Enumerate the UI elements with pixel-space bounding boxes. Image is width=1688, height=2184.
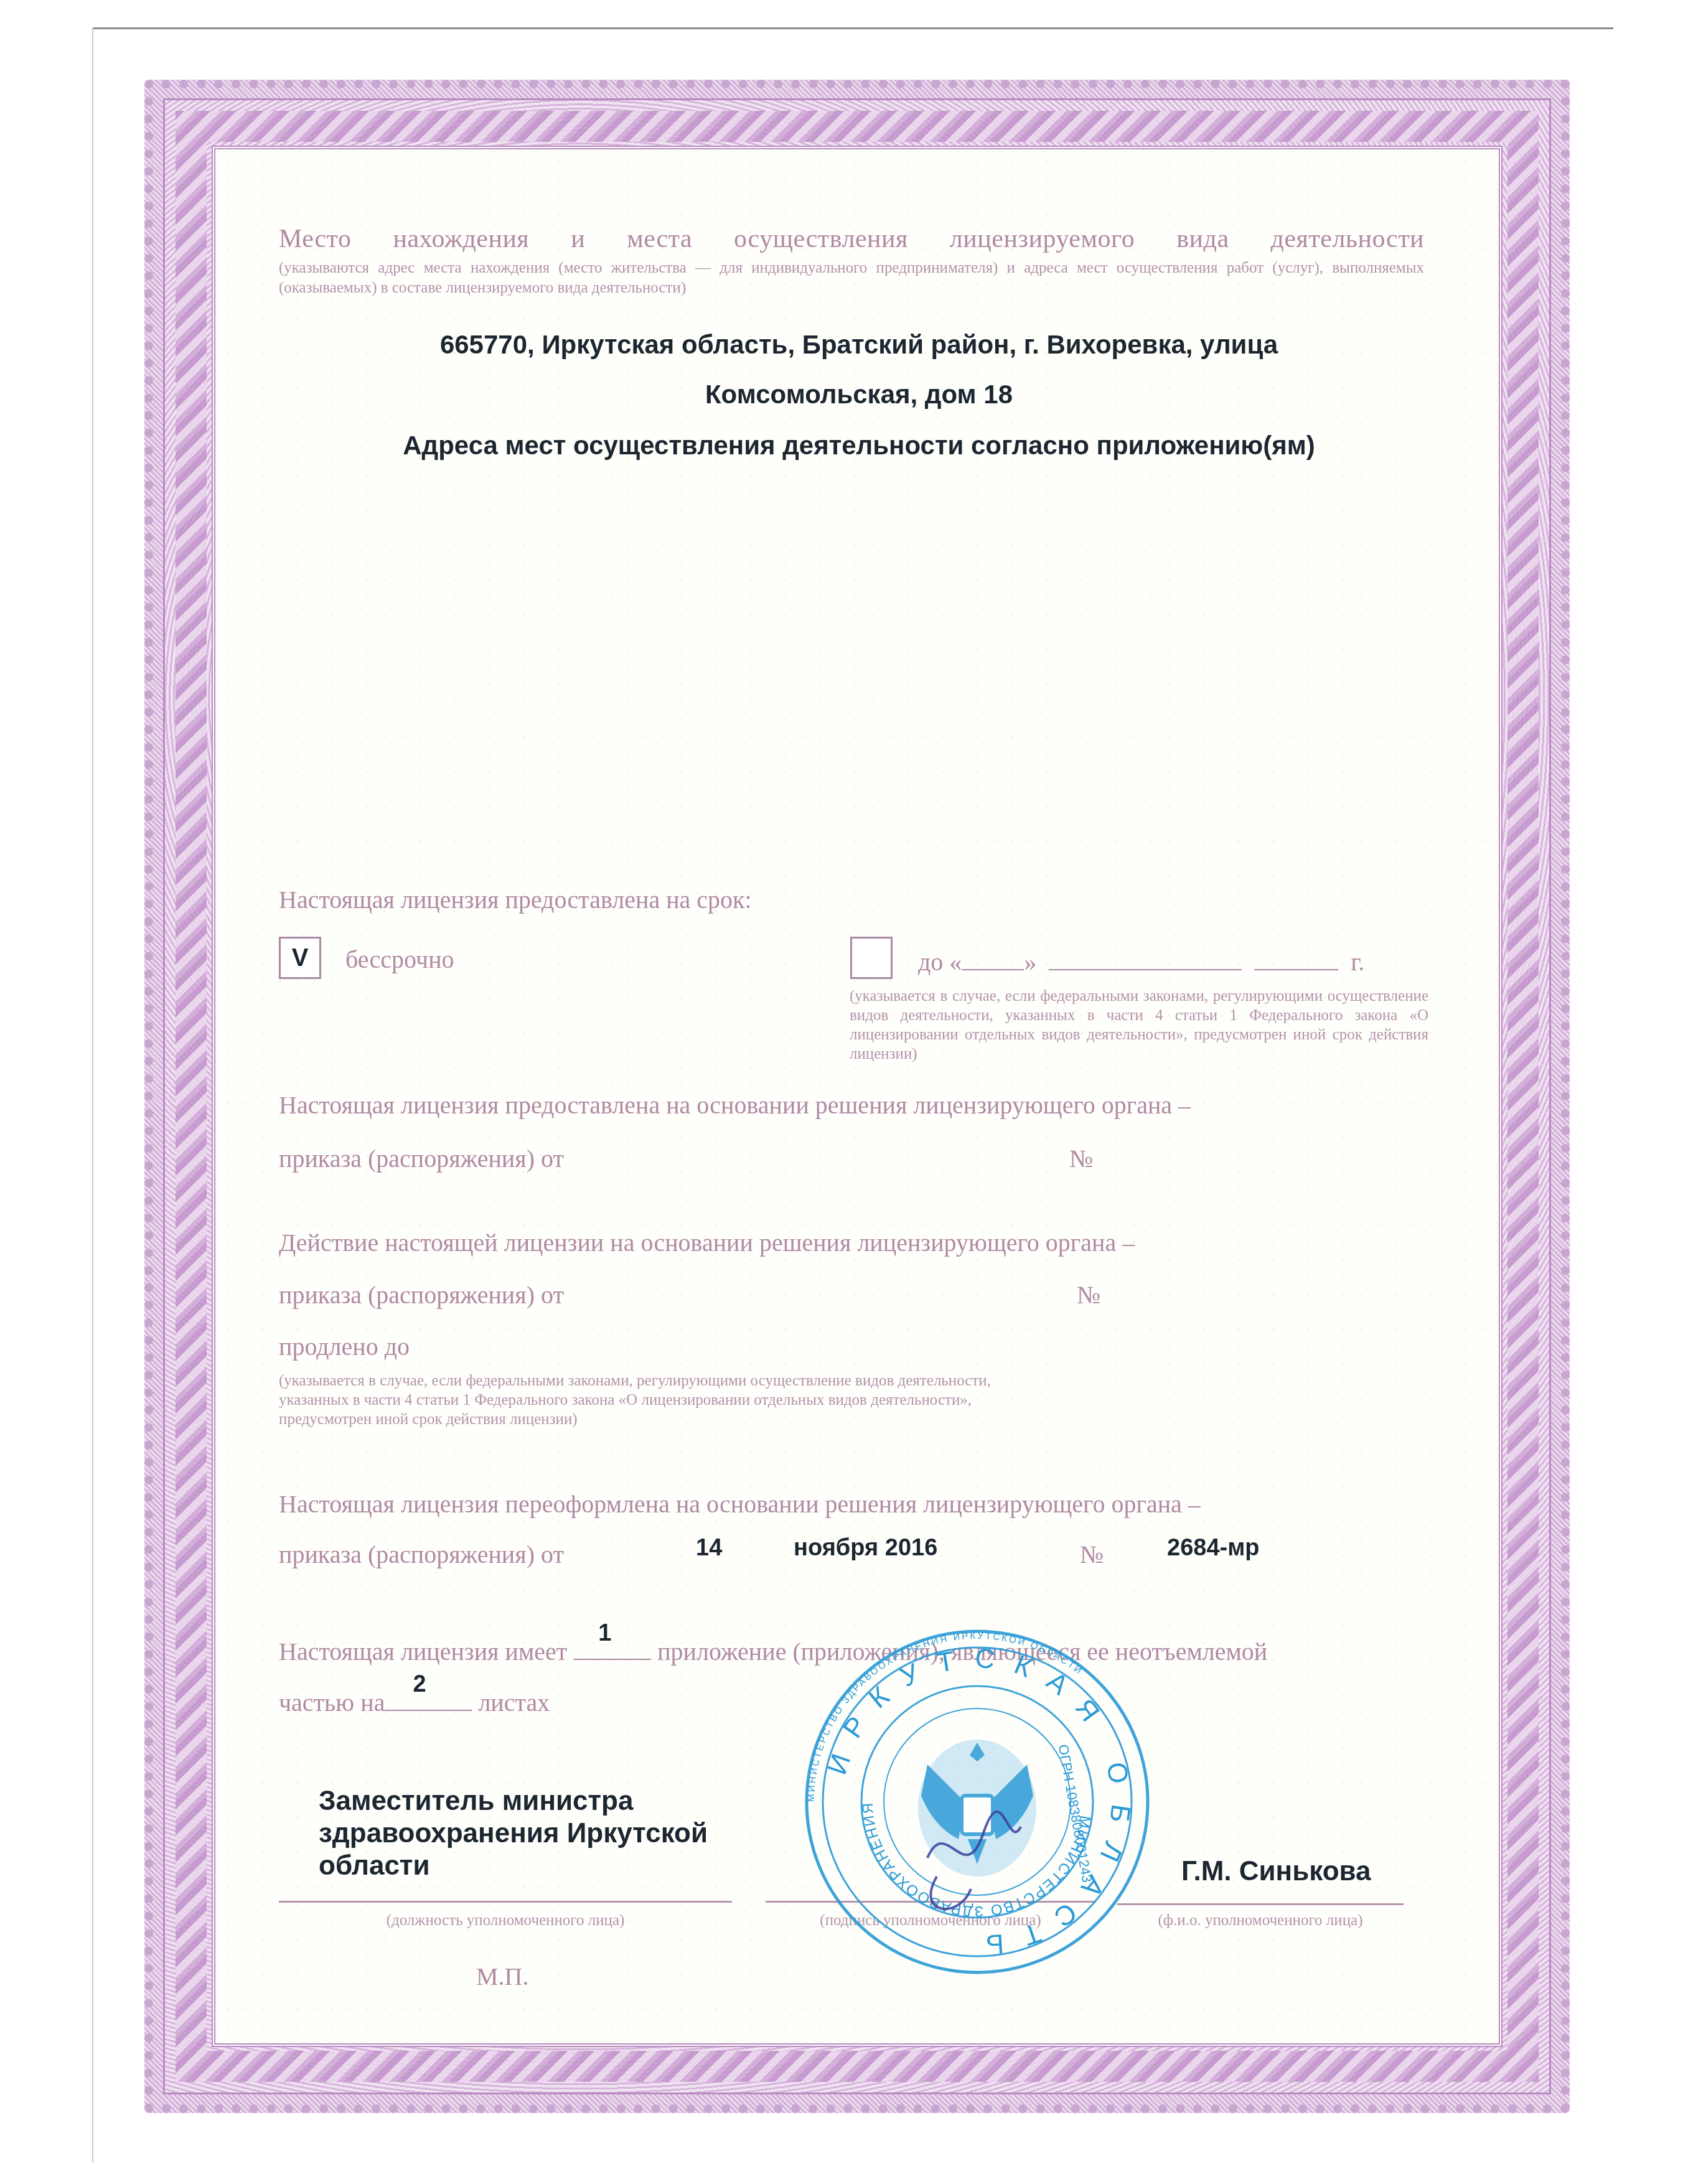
reissued-number: 2684-мр [1167,1535,1260,1562]
indefinite-checkbox[interactable]: V [279,937,321,979]
address-line-2: Комсомольская, дом 18 [311,380,1407,410]
indefinite-label: бессрочно [345,945,454,974]
granted-number-sign: № [1069,1144,1093,1173]
until-date-field: до «» г. [918,947,1364,977]
extended-line-1: Действие настоящей лицензии на основании… [279,1228,1135,1257]
official-name: Г.М. Синькова [1181,1856,1371,1887]
until-month-blank[interactable] [1049,949,1242,970]
until-year-blank[interactable] [1254,949,1338,970]
appendix-part-suffix: листах [478,1689,550,1717]
until-quote-close: » [1024,948,1036,976]
appendix-part-prefix: частью на [279,1689,385,1717]
until-prefix: до « [918,948,962,976]
granted-line-1: Настоящая лицензия предоставлена на осно… [279,1090,1191,1120]
appendix-sheets: 2 [413,1671,426,1698]
location-heading-note: (указываются адрес места нахождения (мес… [279,258,1424,298]
granted-line-2: приказа (распоряжения) от [279,1144,564,1173]
extended-until-label: продлено до [279,1332,410,1361]
extended-number-sign: № [1077,1280,1100,1310]
position-line-3: области [319,1850,708,1882]
address-line-1: 665770, Иркутская область, Братский райо… [311,330,1407,360]
check-mark-icon: V [292,944,309,972]
reissued-line-1: Настоящая лицензия переоформлена на осно… [279,1489,1201,1519]
appendix-line-2: частью на2 листах [279,1688,550,1717]
appendix-prefix: Настоящая лицензия имеет [279,1638,567,1666]
reissued-line-2: приказа (распоряжения) от [279,1540,564,1569]
official-seal-icon: МИНИСТЕРСТВО ЗДРАВООХРАНЕНИЯ ИРКУТСКОЙ О… [803,1628,1151,1976]
position-caption: (должность уполномоченного лица) [279,1912,732,1929]
position-line [279,1901,732,1903]
reissued-month-year: ноября 2016 [794,1535,937,1562]
until-date-checkbox[interactable] [850,937,893,979]
address-line-3: Адреса мест осуществления деятельности с… [311,431,1407,461]
position-line-2: здравоохранения Иркутской [319,1817,708,1850]
scan-edge-top [93,27,1613,29]
appendix-sheets-blank: 2 [385,1690,472,1711]
reissued-day: 14 [696,1535,722,1562]
name-caption: (ф.и.о. уполномоченного лица) [1117,1912,1404,1929]
until-suffix: г. [1351,948,1364,976]
until-day-blank[interactable] [962,949,1024,970]
name-line [1117,1903,1404,1905]
scan-edge-left [92,27,93,2162]
location-heading: Место нахождения и места осуществления л… [279,224,1424,254]
appendix-count: 1 [598,1620,611,1647]
seal-place-label: М.П. [476,1962,528,1991]
official-position: Заместитель министра здравоохранения Ирк… [319,1785,708,1882]
extended-note: (указывается в случае, если федеральными… [279,1371,1035,1429]
reissued-number-sign: № [1080,1540,1104,1569]
extended-line-2: приказа (распоряжения) от [279,1280,564,1310]
term-label: Настоящая лицензия предоставлена на срок… [279,885,752,914]
until-note: (указывается в случае, если федеральными… [850,987,1428,1064]
appendix-count-blank: 1 [573,1639,651,1660]
position-line-1: Заместитель министра [319,1785,708,1817]
